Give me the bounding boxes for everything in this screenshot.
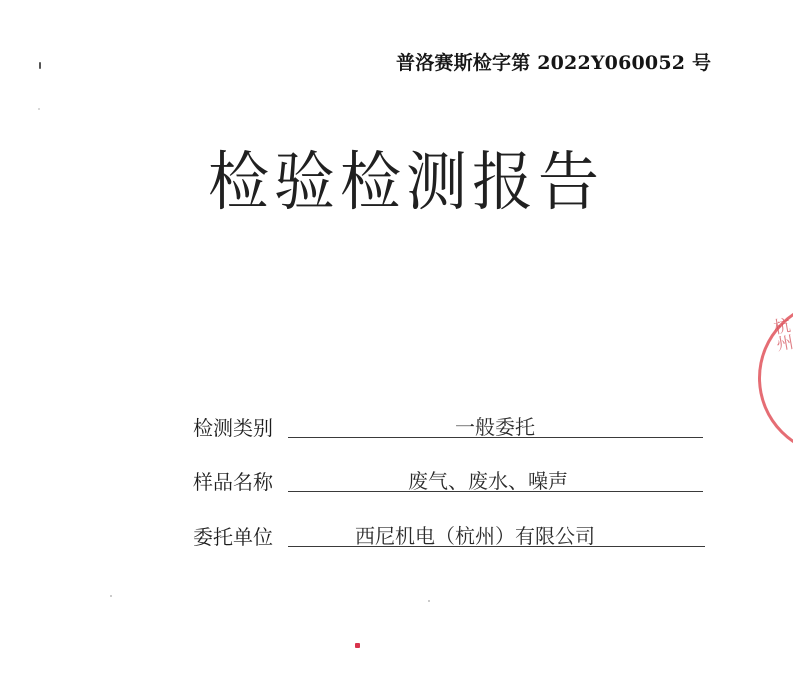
- report-number: 普洛赛斯检字第 2022Y060052 号: [396, 48, 711, 75]
- scan-speck: [39, 62, 41, 69]
- field-value: 西尼机电（杭州）有限公司: [355, 526, 595, 546]
- scan-speck: [110, 595, 112, 597]
- field-label: 检测类别: [193, 418, 273, 438]
- field-label: 样品名称: [193, 472, 273, 492]
- scan-speck: [428, 600, 430, 602]
- field-value: 废气、废水、噪声: [408, 471, 568, 491]
- field-value: 一般委托: [455, 417, 535, 437]
- seal-text: 杭州: [765, 316, 793, 353]
- field-sample-name: 样品名称 废气、废水、噪声: [193, 458, 705, 492]
- document-title: 检验检测报告: [208, 150, 604, 214]
- field-client-unit: 委托单位 西尼机电（杭州）有限公司: [193, 513, 705, 547]
- scan-speck: [38, 108, 40, 110]
- field-test-category: 检测类别 一般委托: [193, 404, 705, 438]
- scan-speck: [355, 643, 360, 648]
- field-label: 委托单位: [193, 527, 273, 547]
